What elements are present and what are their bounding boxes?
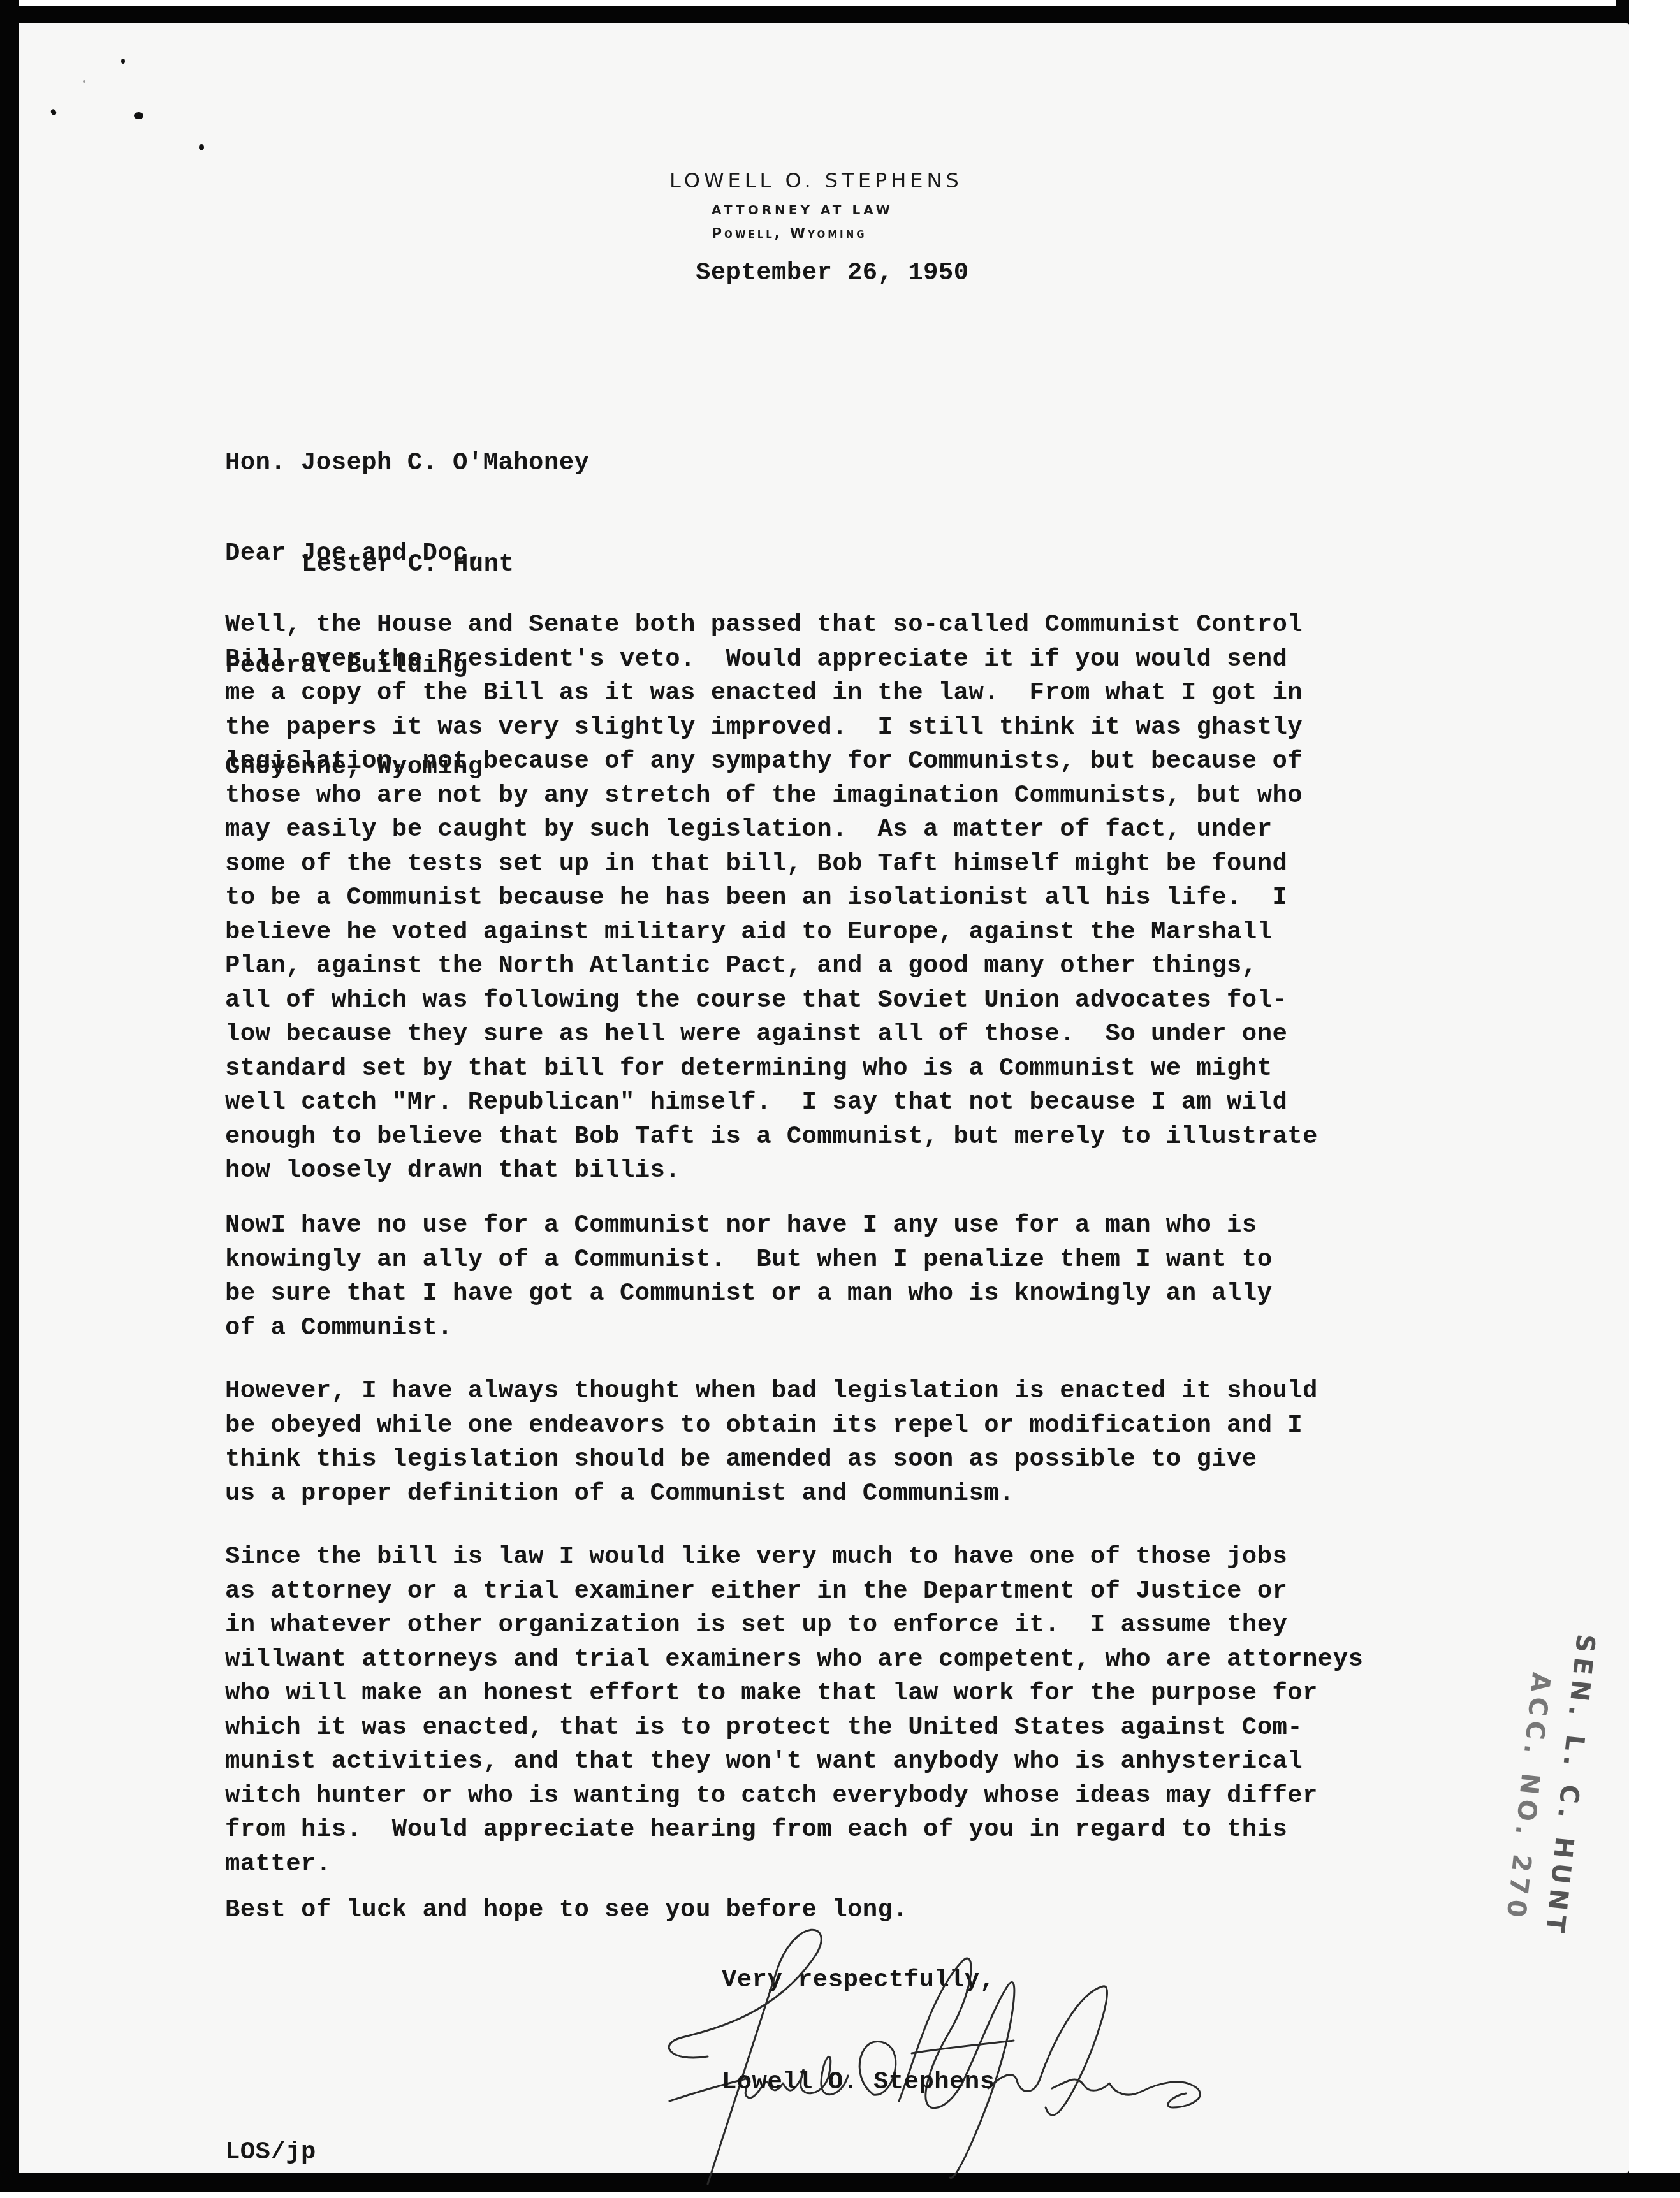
body-line: knowingly an ally of a Communist. But wh…: [225, 1243, 1272, 1277]
scan-frame: LOWELL O. STEPHENS ATTORNEY AT LAW Powel…: [0, 0, 1680, 2198]
scan-border-top: [0, 6, 1680, 23]
body-line: think this legislation should be amended…: [225, 1443, 1318, 1477]
closing-line: Best of luck and hope to see you before …: [225, 1896, 908, 1924]
body-line: legislation, not because of any sympathy…: [225, 745, 1318, 779]
body-line: matter.: [225, 1847, 1363, 1882]
body-line: munist activities, and that they won't w…: [225, 1745, 1363, 1779]
letterhead-title: ATTORNEY AT LAW: [712, 202, 893, 217]
body-paragraph-1: Well, the House and Senate both passed t…: [225, 608, 1318, 1188]
salutation: Dear Joe and Doc,: [225, 539, 483, 567]
body-line: us a proper definition of a Communist an…: [225, 1477, 1318, 1511]
ink-speck: [121, 59, 125, 64]
body-line: the papers it was very slightly improved…: [225, 711, 1318, 745]
handwritten-signature: [631, 1916, 1256, 2197]
body-line: me a copy of the Bill as it was enacted …: [225, 676, 1318, 711]
body-line: those who are not by any stretch of the …: [225, 779, 1318, 813]
body-line: of a Communist.: [225, 1311, 1272, 1346]
letterhead-location: Powell, Wyoming: [712, 226, 867, 242]
body-line: be obeyed while one endeavors to obtain …: [225, 1409, 1318, 1443]
body-line: who will make an honest effort to make t…: [225, 1677, 1363, 1711]
body-line: Well, the House and Senate both passed t…: [225, 608, 1318, 643]
body-line: standard set by that bill for determinin…: [225, 1052, 1318, 1086]
body-line: Plan, against the North Atlantic Pact, a…: [225, 949, 1318, 984]
body-line: may easily be caught by such legislation…: [225, 813, 1318, 847]
body-line: which it was enacted, that is to protect…: [225, 1711, 1363, 1745]
letter-page: LOWELL O. STEPHENS ATTORNEY AT LAW Powel…: [19, 23, 1629, 2173]
ink-speck: [199, 144, 204, 150]
body-line: in whatever other organization is set up…: [225, 1608, 1363, 1643]
body-line: well catch "Mr. Republican" himself. I s…: [225, 1086, 1318, 1120]
typed-signature-name: Lowell O. Stephens: [722, 2068, 995, 2096]
ink-speck: [134, 112, 143, 119]
valediction: Very respectfully,: [722, 1966, 995, 1994]
body-line: willwant attorneys and trial examiners w…: [225, 1643, 1363, 1677]
scan-border-left: [0, 0, 19, 2198]
body-line: to be a Communist because he has been an…: [225, 881, 1318, 915]
body-line: from his. Would appreciate hearing from …: [225, 1813, 1363, 1847]
scan-margin: [0, 0, 1680, 6]
body-paragraph-2: NowI have no use for a Communist nor hav…: [225, 1209, 1272, 1345]
body-line: low because they sure as hell were again…: [225, 1017, 1318, 1052]
letterhead-name: LOWELL O. STEPHENS: [669, 168, 963, 193]
body-line: Bill over the President's veto. Would ap…: [225, 643, 1318, 677]
body-line: how loosely drawn that billis.: [225, 1154, 1318, 1188]
body-line: NowI have no use for a Communist nor hav…: [225, 1209, 1272, 1243]
body-line: Since the bill is law I would like very …: [225, 1540, 1363, 1575]
archive-stamp: SEN. L. C. HUNT ACC. NO. 270: [1473, 1636, 1639, 1980]
ink-speck: [50, 108, 57, 117]
body-line: as attorney or a trial examiner either i…: [225, 1575, 1363, 1609]
typist-initials: LOS/jp: [225, 2138, 316, 2166]
body-line: all of which was following the course th…: [225, 984, 1318, 1018]
body-paragraph-3: However, I have always thought when bad …: [225, 1374, 1318, 1511]
scan-border-bottom: [0, 2173, 1680, 2198]
body-paragraph-4: Since the bill is law I would like very …: [225, 1540, 1363, 1881]
body-line: believe he voted against military aid to…: [225, 915, 1318, 950]
ink-speck: [83, 80, 85, 83]
body-line: some of the tests set up in that bill, B…: [225, 847, 1318, 882]
body-line: enough to believe that Bob Taft is a Com…: [225, 1120, 1318, 1154]
body-line: be sure that I have got a Communist or a…: [225, 1277, 1272, 1311]
body-line: However, I have always thought when bad …: [225, 1374, 1318, 1409]
letter-date: September 26, 1950: [696, 259, 968, 287]
recipient-line: Hon. Joseph C. O'Mahoney: [225, 446, 589, 480]
body-line: witch hunter or who is wanting to catch …: [225, 1779, 1363, 1814]
